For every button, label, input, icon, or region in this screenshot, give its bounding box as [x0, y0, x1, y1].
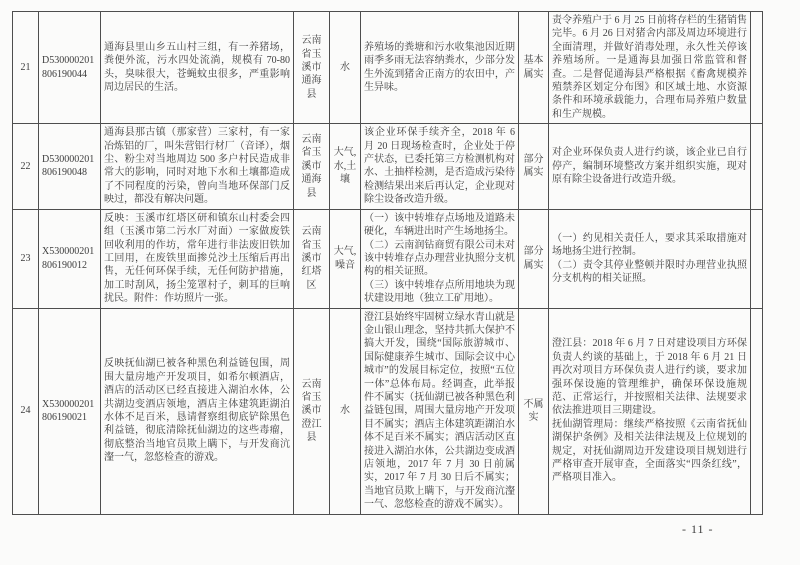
- case-code-cell: D530000201806190044: [39, 12, 101, 124]
- region-cell: 云南省玉溪市通海县: [294, 124, 330, 209]
- table-row: 24 X530000201806190021 反映抚仙湖已被各种黑色利益链包围，…: [13, 308, 763, 514]
- handling-cell: （一）约见相关责任人，要求其采取措施对场地扬尘进行控制。 （二）责令其停业整顿并…: [549, 209, 751, 308]
- complaint-description-cell: 通海县里山乡五山村三组，有一养猪场，粪便外流，污水四处流淌，规模有 70-80 …: [101, 12, 294, 124]
- investigation-cell: 澄江县始终牢固树立绿水青山就是金山银山理念，坚持共抓大保护不搞大开发，围绕“国际…: [361, 308, 519, 514]
- remark-cell: [751, 209, 763, 308]
- row-number-cell: 21: [13, 12, 39, 124]
- case-code-cell: X530000201806190021: [39, 308, 101, 514]
- row-number-cell: 24: [13, 308, 39, 514]
- investigation-cell: 该企业环保手续齐全，2018 年 6 月 20 日现场检查时，企业处于停产状态，…: [361, 124, 519, 209]
- remark-cell: [751, 124, 763, 209]
- complaint-description-cell: 反映抚仙湖已被各种黑色利益链包围，周围大量房地产开发项目，如希尔顿酒店，酒店的活…: [101, 308, 294, 514]
- pollution-type-cell: 水: [330, 12, 361, 124]
- remark-cell: [751, 308, 763, 514]
- region-cell: 云南省玉溪市通海县: [294, 12, 330, 124]
- verification-status-cell: 部分属实: [519, 124, 549, 209]
- verification-status-cell: 基本属实: [519, 12, 549, 124]
- pollution-type-cell: 水: [330, 308, 361, 514]
- handling-cell: 对企业环保负责人进行约谈，该企业已自行停产，编制环境整改方案并组织实施，现对原有…: [549, 124, 751, 209]
- verification-status-cell: 部分属实: [519, 209, 549, 308]
- page-number: - 11 -: [682, 522, 714, 537]
- case-code-cell: X530000201806190012: [39, 209, 101, 308]
- complaint-description-cell: 反映：玉溪市红塔区研和镇东山村委会四组（玉溪市第二污水厂对面）一家做废铁回收利用…: [101, 209, 294, 308]
- table-row: 21 D530000201806190044 通海县里山乡五山村三组，有一养猪场…: [13, 12, 763, 124]
- investigation-cell: 养殖场的粪塘和污水收集池因近期雨季多雨无法容纳粪水，少部分发生外流到猪舍正南方的…: [361, 12, 519, 124]
- row-number-cell: 23: [13, 209, 39, 308]
- pollution-type-cell: 大气,噪音: [330, 209, 361, 308]
- table-row: 23 X530000201806190012 反映：玉溪市红塔区研和镇东山村委会…: [13, 209, 763, 308]
- complaint-handling-table: 21 D530000201806190044 通海县里山乡五山村三组，有一养猪场…: [12, 11, 763, 515]
- investigation-cell: （一）该中转堆存点场地及道路未硬化，车辆进出时产生场地扬尘。 （二）云南润钻商贸…: [361, 209, 519, 308]
- verification-status-cell: 不属实: [519, 308, 549, 514]
- handling-cell: 责令养殖户于 6 月 25 日前将存栏的生猪销售完毕。6 月 26 日对猪舍内部…: [549, 12, 751, 124]
- handling-cell: 澄江县：2018 年 6 月 7 日对建设项目方环保负责人约谈的基础上，于 20…: [549, 308, 751, 514]
- region-cell: 云南省玉溪市澄江县: [294, 308, 330, 514]
- pollution-type-cell: 大气,水,土壤: [330, 124, 361, 209]
- row-number-cell: 22: [13, 124, 39, 209]
- table-row: 22 D530000201806190048 通海县那古镇（那家营）三家村，有一…: [13, 124, 763, 209]
- region-cell: 云南省玉溪市红塔区: [294, 209, 330, 308]
- remark-cell: [751, 12, 763, 124]
- complaint-description-cell: 通海县那古镇（那家营）三家村，有一家冶炼铝的厂，叫朱营铝行材厂（音译），烟尘、粉…: [101, 124, 294, 209]
- case-code-cell: D530000201806190048: [39, 124, 101, 209]
